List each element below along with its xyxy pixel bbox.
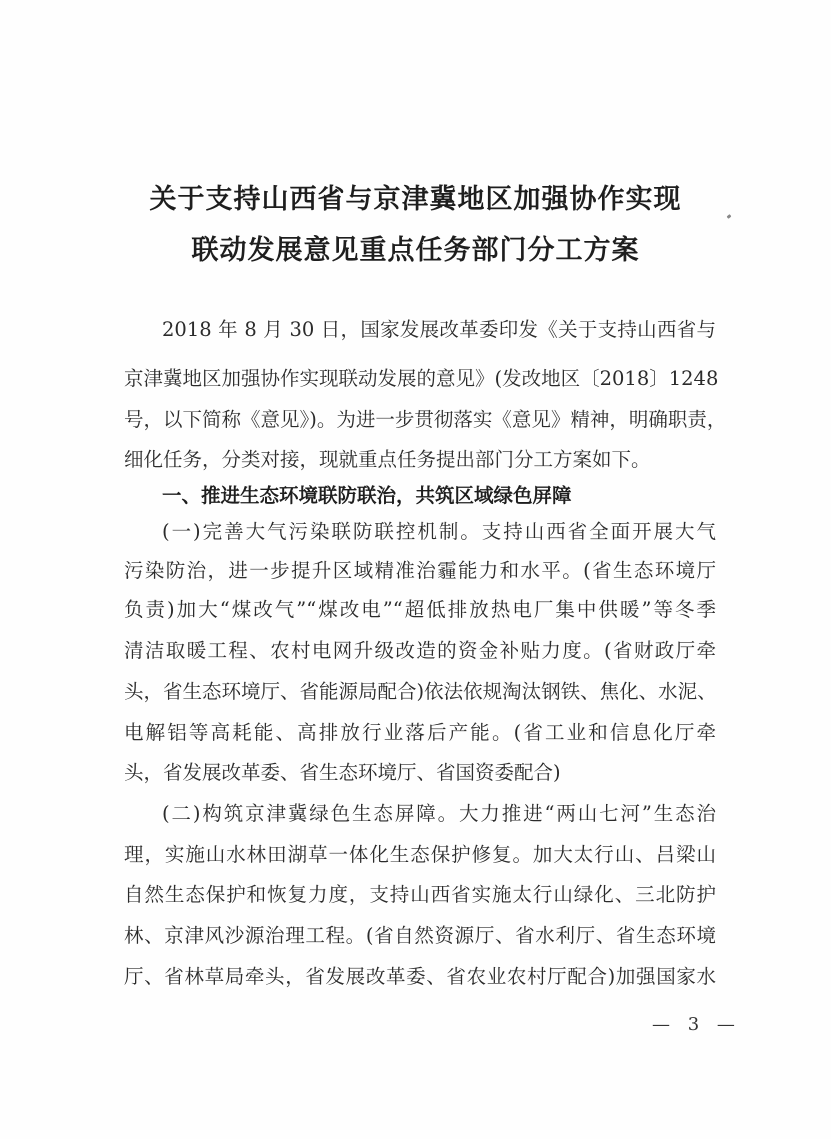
document-page: 关于支持山西省与京津冀地区加强协作实现 联动发展意见重点任务部门分工方案 201… <box>0 0 831 1139</box>
item-1-line-7: 头，省发展改革委、省生态环境厅、省国资委配合) <box>124 761 716 785</box>
item-1-line-2: 污染防治，进一步提升区域精准治霾能力和水平。(省生态环境厅 <box>124 559 716 583</box>
item-2-line-3: 自然生态保护和恢复力度，支持山西省实施太行山绿化、三北防护 <box>124 883 716 907</box>
item-2-line-1: (二)构筑京津冀绿色生态屏障。大力推进“两山七河”生态治 <box>162 802 716 826</box>
item-1-line-5: 头，省生态环境厅、省能源局配合)依法依规淘汰钢铁、焦化、水泥、 <box>124 680 716 704</box>
item-1-line-6: 电解铝等高耗能、高排放行业落后产能。(省工业和信息化厅牵 <box>124 721 716 745</box>
intro-line-2: 京津冀地区加强协作实现联动发展的意见》(发改地区〔2018〕1248 <box>124 367 716 391</box>
page-number: — 3 — <box>652 1014 741 1035</box>
item-2-line-5: 厅、省林草局牵头，省发展改革委、省农业农村厅配合)加强国家水 <box>124 965 716 989</box>
item-2-line-4: 林、京津风沙源治理工程。(省自然资源厅、省水利厅、省生态环境 <box>124 924 716 948</box>
intro-line-1: 2018 年 8 月 30 日，国家发展改革委印发《关于支持山西省与 <box>162 318 716 342</box>
item-1-line-1: (一)完善大气污染联防联控机制。支持山西省全面开展大气 <box>162 520 716 544</box>
intro-line-4: 细化任务，分类对接，现就重点任务提出部门分工方案如下。 <box>124 448 716 472</box>
section-heading-1: 一、推进生态环境联防联治，共筑区域绿色屏障 <box>162 484 716 508</box>
document-title-line-2: 联动发展意见重点任务部门分工方案 <box>0 228 831 267</box>
document-title-line-1: 关于支持山西省与京津冀地区加强协作实现 <box>0 177 831 216</box>
item-1-line-3: 负责)加大“煤改气”“煤改电”“超低排放热电厂集中供暖”等冬季 <box>124 598 716 622</box>
item-2-line-2: 理，实施山水林田湖草一体化生态保护修复。加大太行山、吕梁山 <box>124 843 716 867</box>
item-1-line-4: 清洁取暖工程、农村电网升级改造的资金补贴力度。(省财政厅牵 <box>124 639 716 663</box>
intro-line-3: 号，以下简称《意见》)。为进一步贯彻落实《意见》精神，明确职责， <box>124 408 716 432</box>
